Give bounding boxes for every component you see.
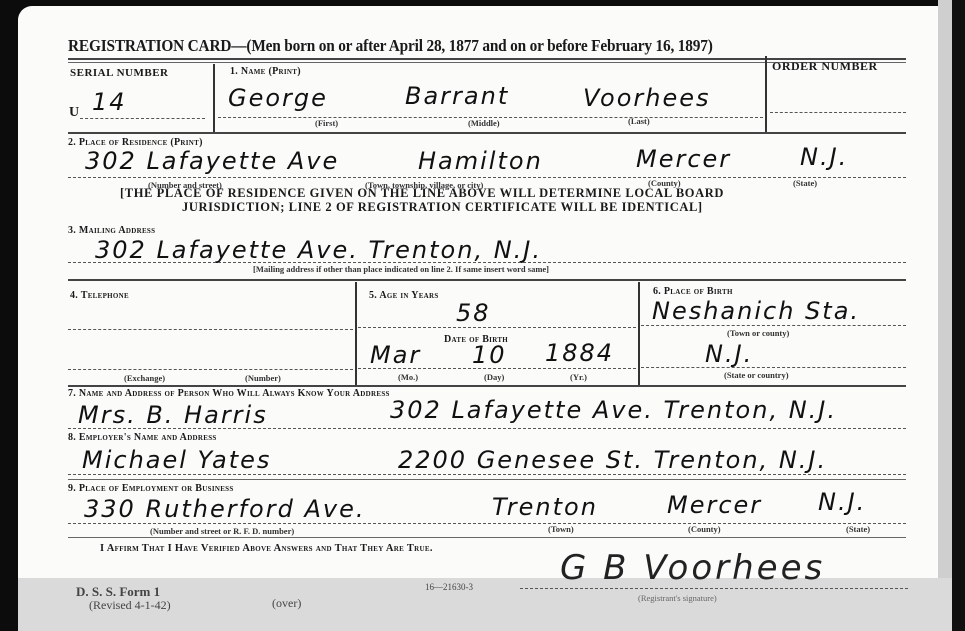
birthplace-town: Neshanich Sta. <box>652 297 860 325</box>
age-label: 5. Age in Years <box>369 290 439 301</box>
birthplace-town-caption: (Town or county) <box>727 328 789 338</box>
exchange-caption: (Exchange) <box>124 373 165 383</box>
mailing-note: [Mailing address if other than place ind… <box>253 264 549 274</box>
dob-year: 1884 <box>545 339 614 367</box>
telephone-underline-1 <box>68 329 353 330</box>
residence-town: Hamilton <box>418 147 543 175</box>
dob-month: Mar <box>370 341 421 369</box>
birthplace-label: 6. Place of Birth <box>653 286 733 297</box>
row4-rule <box>68 385 906 387</box>
employer-name: Michael Yates <box>82 446 271 474</box>
contact-address: 302 Lafayette Ave. Trenton, N.J. <box>390 396 837 424</box>
order-underline <box>770 112 906 113</box>
employer-label: 8. Employer's Name and Address <box>68 432 217 443</box>
birthplace-state-underline <box>641 367 906 368</box>
employer-address: 2200 Genesee St. Trenton, N.J. <box>398 446 827 474</box>
row9-rule <box>68 537 906 538</box>
mailing-underline <box>68 262 906 263</box>
birthplace-town-underline <box>641 325 906 326</box>
serial-number-label: SERIAL NUMBER <box>70 67 169 79</box>
order-divider <box>765 56 767 132</box>
employment-town: Trenton <box>492 493 598 521</box>
serial-underline <box>80 118 205 119</box>
residence-underline <box>68 177 906 178</box>
employment-label: 9. Place of Employment or Business <box>68 483 234 494</box>
employment-state: N.J. <box>818 488 866 516</box>
mailing-address: 302 Lafayette Ave. Trenton, N.J. <box>95 236 542 264</box>
first-caption: (First) <box>315 118 338 128</box>
last-caption: (Last) <box>628 116 650 126</box>
employment-street-caption: (Number and street or R. F. D. number) <box>150 526 294 536</box>
print-code: 16—21630-3 <box>425 582 473 592</box>
signature-underline <box>520 588 908 589</box>
year-caption: (Yr.) <box>570 372 587 382</box>
telephone-label: 4. Telephone <box>70 290 129 301</box>
employer-underline <box>68 474 906 475</box>
age-underline <box>358 327 636 328</box>
day-caption: (Day) <box>484 372 504 382</box>
contact-name: Mrs. B. Harris <box>78 401 268 429</box>
name-label: 1. Name (Print) <box>230 66 301 77</box>
number-caption: (Number) <box>245 373 281 383</box>
month-caption: (Mo.) <box>398 372 418 382</box>
residence-state: N.J. <box>800 143 848 171</box>
mailing-label: 3. Mailing Address <box>68 225 155 236</box>
employment-town-caption: (Town) <box>548 524 574 534</box>
order-number-label: ORDER NUMBER <box>772 59 878 74</box>
residence-notice-line2: JURISDICTION; LINE 2 OF REGISTRATION CER… <box>182 200 703 214</box>
serial-prefix: U <box>69 105 80 121</box>
dob-underline <box>358 368 636 369</box>
form-revised: (Revised 4-1-42) <box>89 598 171 613</box>
last-name: Voorhees <box>583 84 711 112</box>
row8-rule <box>68 479 906 480</box>
card-title: REGISTRATION CARD—(Men born on or after … <box>68 36 713 56</box>
affirmation-text: I Affirm That I Have Verified Above Answ… <box>100 543 433 554</box>
birthplace-divider <box>638 282 640 385</box>
employment-county-caption: (County) <box>688 524 721 534</box>
serial-divider <box>213 64 215 132</box>
middle-name: Barrant <box>405 82 509 110</box>
telephone-underline-2 <box>68 369 353 370</box>
row3-rule <box>68 279 906 281</box>
serial-number-value: 14 <box>92 88 127 116</box>
row1-rule <box>68 132 906 134</box>
scan-border <box>952 0 965 631</box>
employment-state-caption: (State) <box>846 524 870 534</box>
employment-underline <box>68 523 906 524</box>
residence-street: 302 Lafayette Ave <box>85 147 339 175</box>
middle-caption: (Middle) <box>468 118 500 128</box>
contact-label: 7. Name and Address of Person Who Will A… <box>68 388 390 399</box>
employment-street: 330 Rutherford Ave. <box>84 495 365 523</box>
card-edge <box>938 0 952 631</box>
age-value: 58 <box>456 299 491 327</box>
birthplace-state: N.J. <box>705 340 753 368</box>
birthplace-state-caption: (State or country) <box>724 370 789 380</box>
registrant-signature: G B Voorhees <box>560 548 825 588</box>
contact-underline <box>68 428 906 429</box>
residence-county: Mercer <box>636 145 731 173</box>
residence-notice-line1: [THE PLACE OF RESIDENCE GIVEN ON THE LIN… <box>120 186 724 200</box>
signature-caption: (Registrant's signature) <box>638 593 717 603</box>
first-name: George <box>228 84 328 112</box>
dob-day: 10 <box>472 341 507 369</box>
employment-county: Mercer <box>667 491 762 519</box>
residence-state-caption: (State) <box>793 178 817 188</box>
over-note: (over) <box>272 596 301 611</box>
telephone-divider <box>355 282 357 385</box>
